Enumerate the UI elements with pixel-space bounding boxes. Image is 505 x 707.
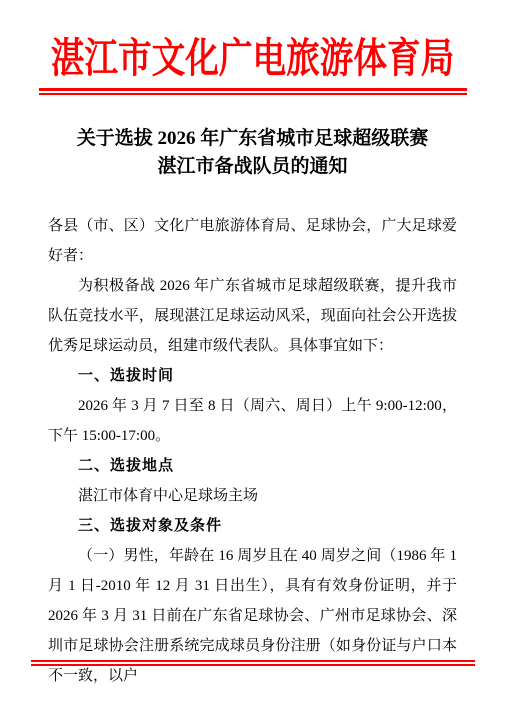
document-title-line1: 关于选拔 2026 年广东省城市足球超级联赛 [0,125,505,153]
section-1-text: 2026 年 3 月 7 日至 8 日（周六、周日）上午 9:00-12:00，… [48,391,457,451]
section-3-heading: 三、选拔对象及条件 [48,511,457,541]
document-title: 关于选拔 2026 年广东省城市足球超级联赛 湛江市备战队员的通知 [0,125,505,181]
salutation: 各县（市、区）文化广电旅游体育局、足球协会，广大足球爱好者： [48,211,457,271]
section-1-heading: 一、选拔时间 [48,361,457,391]
section-3-text: （一）男性，年龄在 16 周岁且在 40 周岁之间（1986 年 1 月 1 日… [48,541,457,691]
intro-paragraph: 为积极备战 2026 年广东省城市足球超级联赛，提升我市队伍竞技水平，展现湛江足… [48,271,457,361]
header-rule-top-stripe [39,88,467,91]
footer-rule-bottom-stripe [31,664,475,666]
document-page: 湛江市文化广电旅游体育局 关于选拔 2026 年广东省城市足球超级联赛 湛江市备… [0,0,505,707]
section-2-heading: 二、选拔地点 [48,451,457,481]
header-rule-bottom-stripe [39,93,467,95]
footer-double-rule [31,660,475,667]
section-2-text: 湛江市体育中心足球场主场 [48,481,457,511]
footer-rule-top-stripe [31,660,475,663]
header-double-rule [39,88,467,95]
letterhead-title: 湛江市文化广电旅游体育局 [45,33,459,83]
document-body: 各县（市、区）文化广电旅游体育局、足球协会，广大足球爱好者： 为积极备战 202… [48,211,457,691]
document-title-line2: 湛江市备战队员的通知 [0,153,505,181]
